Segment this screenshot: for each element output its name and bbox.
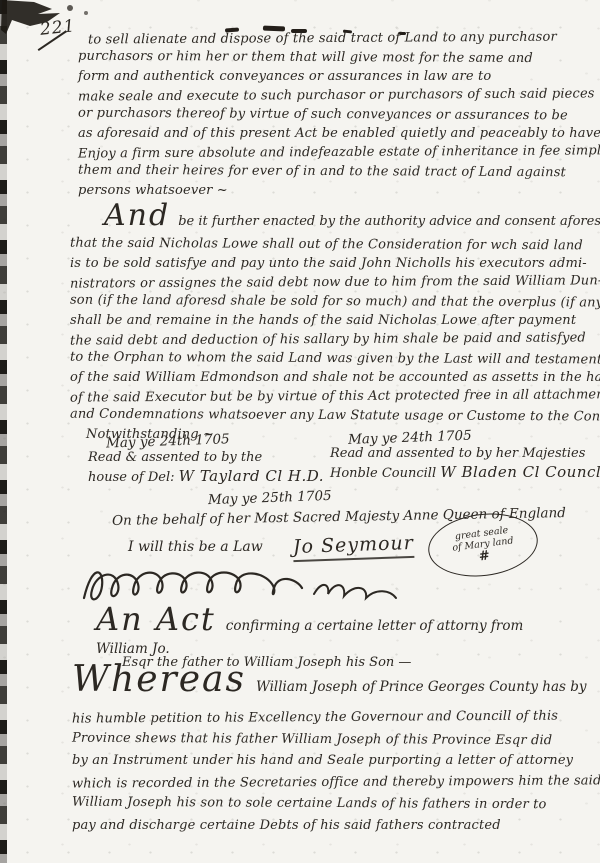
- manuscript-line: or purchasors thereof by virtue of such …: [78, 104, 583, 126]
- manuscript-line: WhereasWilliam Joseph of Prince Georges …: [72, 660, 582, 707]
- manuscript-line: Andbe it further enacted by the authorit…: [70, 203, 585, 235]
- attestation-text: Honble Councill: [330, 466, 436, 481]
- manuscript-line: his humble petition to his Excellency th…: [72, 705, 582, 730]
- manuscript-page: 221 to sell alienate and dispose of the …: [0, 0, 600, 863]
- manuscript-line: Province shews that his father William J…: [72, 727, 582, 751]
- manuscript-line: is to be sold satisfye and pay unto the …: [70, 254, 585, 273]
- manuscript-line: as aforesaid and of this present Act be …: [78, 124, 583, 143]
- manuscript-line: to the Orphan to whom the said Land was …: [70, 348, 585, 370]
- manuscript-line: them and their heires for ever of in and…: [78, 161, 583, 183]
- assent-date: May ye 25th 1705: [208, 488, 332, 508]
- book-binding-edge: [0, 0, 7, 863]
- manuscript-line: that the said Nicholas Lowe shall out of…: [70, 234, 585, 256]
- decorated-word-whereas: Whereas: [72, 659, 256, 700]
- manuscript-line: by an Instrument under his hand and Seal…: [72, 750, 582, 772]
- assent-text: I will this be a Law: [128, 539, 263, 555]
- manuscript-line: which is recorded in the Secretaries off…: [72, 770, 582, 795]
- attestation-house-of-delegates: May ye 24th 1705 Read & assented to by t…: [88, 432, 328, 487]
- attestation-text: house of Del: W Taylard Cl H.D.: [88, 467, 328, 487]
- royal-assent-declaration: I will this be a Law Jo Seymour: [128, 534, 414, 560]
- paragraph-continuation: to sell alienate and dispose of the said…: [78, 29, 583, 200]
- manuscript-line: son (if the land aforesd shale be sold f…: [70, 291, 585, 313]
- manuscript-line: William Joseph his son to sole certaine …: [72, 792, 582, 816]
- decorated-word-and: And: [70, 198, 178, 233]
- act-title-line1: An Actconfirming a certaine letter of at…: [96, 600, 576, 657]
- manuscript-line: purchasors or him her or them that will …: [78, 47, 583, 69]
- paragraph-whereas: WhereasWilliam Joseph of Prince Georges …: [72, 660, 582, 836]
- manuscript-line: of the said William Edmondson and shale …: [70, 368, 585, 387]
- manuscript-line: form and authentick conveyances or assur…: [78, 67, 583, 86]
- attestation-council: May ye 24th 1705 Read and assented to by…: [330, 428, 590, 483]
- attestation-text: house of Del:: [88, 470, 175, 485]
- clerk-signature-bladen: W Bladen Cl Councl: [440, 463, 600, 481]
- whereas-lines: his humble petition to his Excellency th…: [72, 707, 582, 836]
- page-number: 221: [39, 16, 76, 40]
- manuscript-line-text: William Joseph of Prince Georges County …: [256, 679, 587, 695]
- manuscript-line-text: be it further enacted by the authority a…: [178, 214, 600, 229]
- paragraph-enacting-clause: Andbe it further enacted by the authorit…: [70, 203, 585, 444]
- manuscript-line: and Condemnations whatsoever any Law Sta…: [70, 405, 585, 427]
- manuscript-line: shall be and remaine in the hands of the…: [70, 311, 585, 330]
- attestation-text: Honble Councill W Bladen Cl Councl: [330, 463, 590, 483]
- manuscript-line: pay and discharge certaine Debts of his …: [72, 815, 582, 837]
- clerk-signature-taylard: W Taylard Cl H.D.: [179, 467, 324, 485]
- decorated-words-an-act: An Act: [96, 600, 226, 638]
- seal-mark: #: [478, 549, 490, 563]
